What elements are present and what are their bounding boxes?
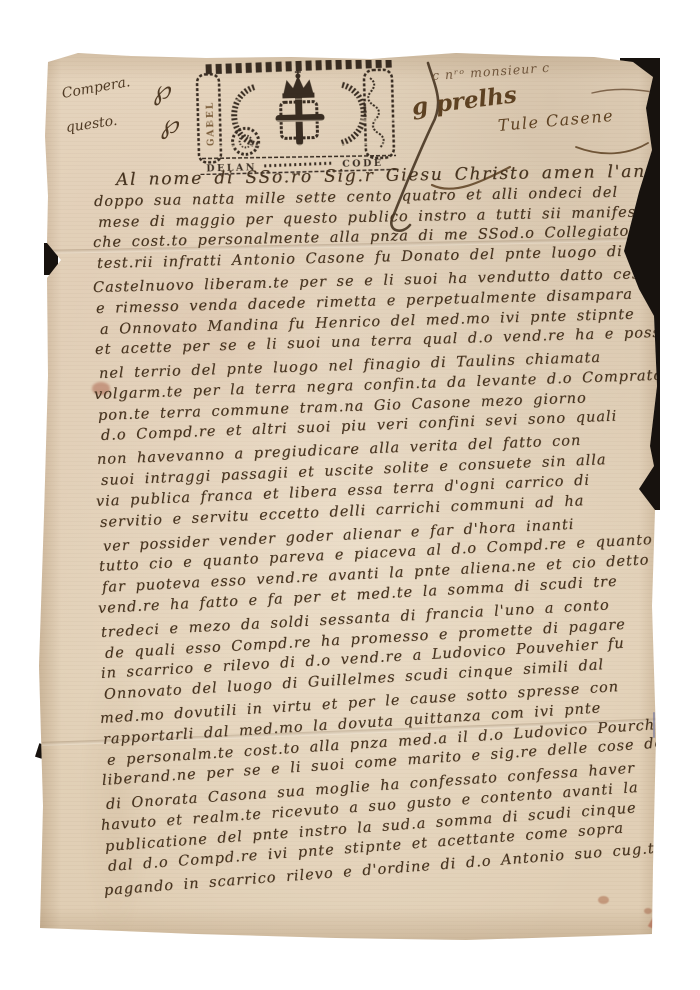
document-scan-page: GABEL DELAN CODE Compera. ℘ questo. ℘ (0, 0, 700, 990)
stamp-right-scroll-icon (340, 84, 364, 143)
foxing-spot (598, 896, 609, 904)
foxing-spot (644, 908, 652, 914)
stamp-crenellation (206, 63, 392, 70)
margin-flourish: ℘ (150, 75, 172, 107)
margin-flourish: ℘ (159, 109, 179, 140)
margin-note-line2: questo. (65, 113, 118, 136)
stamp-crown-icon (284, 78, 312, 95)
paper-sheet: GABEL DELAN CODE Compera. ℘ questo. ℘ (36, 46, 664, 942)
ink-mark-red (648, 917, 657, 928)
margin-note-line1: Compera. (61, 74, 132, 102)
revenue-stamp: GABEL DELAN CODE (193, 60, 403, 175)
stamp-left-scroll-icon (233, 87, 257, 146)
header-note: c nʳᵒ monsieur c (431, 60, 550, 83)
header-note: Tule Casene (497, 106, 615, 135)
stamp-left-text: GABEL (206, 101, 217, 147)
